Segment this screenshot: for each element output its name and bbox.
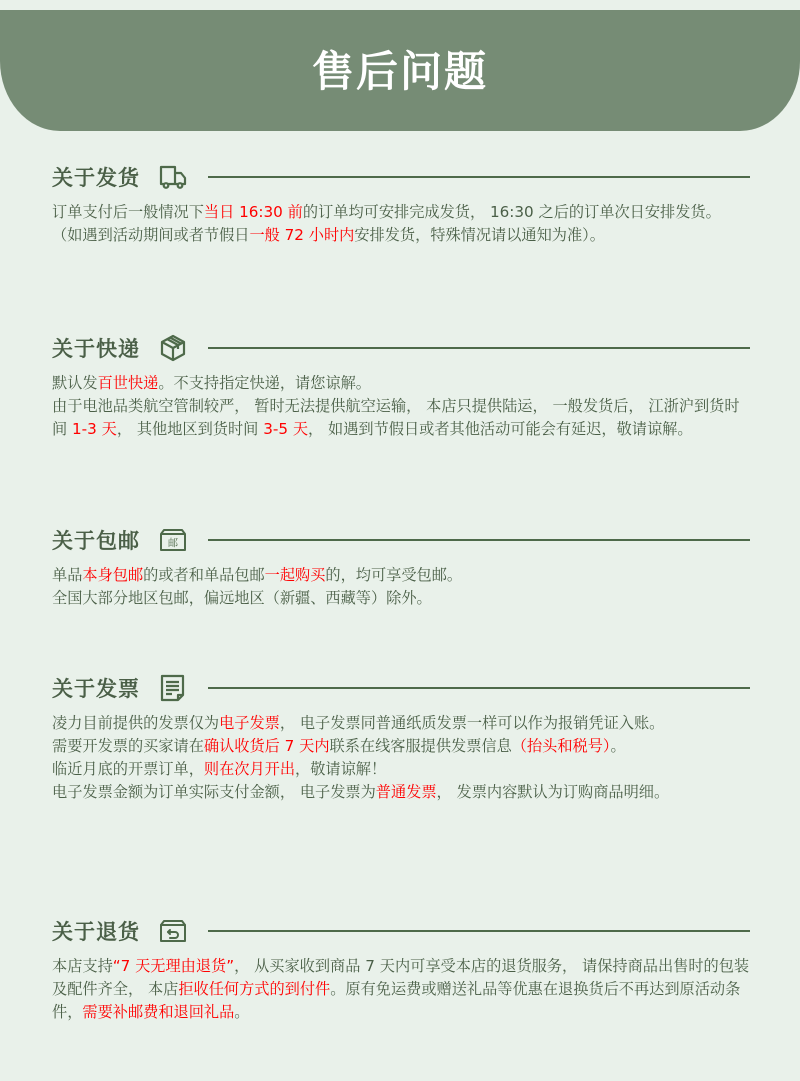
- body-text: ， 其他地区到货时间: [117, 420, 263, 438]
- section-paragraph: 由于电池品类航空管制较严， 暂时无法提供航空运输， 本店只提供陆运， 一般发货后…: [52, 395, 752, 441]
- section-header: 关于包邮 邮: [52, 520, 752, 560]
- body-text: 。不支持指定快递，请您谅解。: [158, 374, 371, 392]
- section-header: 关于发票: [52, 668, 752, 708]
- body-text: 联系在线客服提供发票信息: [330, 737, 512, 755]
- highlighted-text: 电子发票: [219, 714, 280, 732]
- section-divider: [208, 347, 750, 349]
- package-box-icon: [158, 333, 188, 363]
- section-paragraph: 单品本身包邮的或者和单品包邮一起购买的，均可享受包邮。: [52, 564, 752, 587]
- section-body: 默认发百世快递。不支持指定快递，请您谅解。由于电池品类航空管制较严， 暂时无法提…: [52, 372, 752, 441]
- highlighted-text: （抬头和税号）: [512, 737, 611, 755]
- truck-icon: [158, 162, 188, 192]
- body-text: 临近月底的开票订单，: [52, 760, 204, 778]
- section-header: 关于快递: [52, 328, 752, 368]
- body-text: 全国大部分地区包邮，偏远地区（新疆、西藏等）除外。: [52, 589, 432, 607]
- highlighted-text: 一般 72 小时内: [249, 226, 354, 244]
- section-free-shipping: 关于包邮 邮 单品本身包邮的或者和单品包邮一起购买的，均可享受包邮。全国大部分地…: [52, 520, 752, 610]
- section-divider: [208, 539, 750, 541]
- section-paragraph: 默认发百世快递。不支持指定快递，请您谅解。: [52, 372, 752, 395]
- section-invoice: 关于发票 凌力目前提供的发票仅为电子发票， 电子发票同普通纸质发票一样可以作为报…: [52, 668, 752, 804]
- section-body: 订单支付后一般情况下当日 16:30 前的订单均可安排完成发货， 16:30 之…: [52, 201, 752, 247]
- section-body: 单品本身包邮的或者和单品包邮一起购买的，均可享受包邮。全国大部分地区包邮，偏远地…: [52, 564, 752, 610]
- section-paragraph: （如遇到活动期间或者节假日一般 72 小时内安排发货，特殊情况请以通知为准）。: [52, 224, 752, 247]
- section-shipping: 关于发货 订单支付后一般情况下当日 16:30 前的订单均可安排完成发货， 16…: [52, 157, 752, 247]
- section-title: 关于包邮: [52, 525, 140, 555]
- top-strip: [0, 0, 800, 10]
- body-text: 电子发票金额为订单实际支付金额， 电子发票为: [52, 783, 376, 801]
- body-text: 。: [610, 737, 625, 755]
- body-text: 安排发货，特殊情况请以通知为准）。: [354, 226, 605, 244]
- invoice-document-icon: [158, 673, 188, 703]
- section-paragraph: 电子发票金额为订单实际支付金额， 电子发票为普通发票， 发票内容默认为订购商品明…: [52, 781, 752, 804]
- highlighted-text: 当日 16:30 前: [204, 203, 303, 221]
- highlighted-text: 本身包邮: [82, 566, 143, 584]
- section-title: 关于快递: [52, 333, 140, 363]
- free-shipping-box-icon: 邮: [158, 525, 188, 555]
- highlighted-text: 普通发票: [376, 783, 437, 801]
- body-text: 的订单均可安排完成发货， 16:30 之后的订单次日安排发货。: [303, 203, 721, 221]
- section-courier: 关于快递 默认发百世快递。不支持指定快递，请您谅解。由于电池品类航空管制较严， …: [52, 328, 752, 441]
- highlighted-text: 需要补邮费和退回礼品: [82, 1003, 234, 1021]
- section-paragraph: 全国大部分地区包邮，偏远地区（新疆、西藏等）除外。: [52, 587, 752, 610]
- highlighted-text: “7 天无理由退货”: [113, 957, 234, 975]
- body-text: ， 电子发票同普通纸质发票一样可以作为报销凭证入账。: [280, 714, 665, 732]
- section-header: 关于退货: [52, 911, 752, 951]
- highlighted-text: 确认收货后 7 天内: [204, 737, 330, 755]
- return-box-icon: [158, 916, 188, 946]
- body-text: （如遇到活动期间或者节假日: [52, 226, 249, 244]
- highlighted-text: 3-5 天: [263, 420, 308, 438]
- section-divider: [208, 930, 750, 932]
- section-returns: 关于退货 本店支持“7 天无理由退货”， 从买家收到商品 7 天内可享受本店的退…: [52, 911, 752, 1024]
- highlighted-text: 1-3 天: [72, 420, 117, 438]
- section-title: 关于发票: [52, 673, 140, 703]
- section-header: 关于发货: [52, 157, 752, 197]
- section-paragraph: 需要开发票的买家请在确认收货后 7 天内联系在线客服提供发票信息（抬头和税号）。: [52, 735, 752, 758]
- body-text: 凌力目前提供的发票仅为: [52, 714, 219, 732]
- body-text: ， 如遇到节假日或者其他活动可能会有延迟，敬请谅解。: [308, 420, 693, 438]
- section-divider: [208, 176, 750, 178]
- body-text: ，敬请谅解！: [295, 760, 386, 778]
- section-title: 关于发货: [52, 162, 140, 192]
- body-text: 需要开发票的买家请在: [52, 737, 204, 755]
- highlighted-text: 一起购买: [265, 566, 326, 584]
- body-text: ， 发票内容默认为订购商品明细。: [437, 783, 670, 801]
- body-text: 单品: [52, 566, 82, 584]
- highlighted-text: 拒收任何方式的到付件: [178, 980, 330, 998]
- page-header-banner: 售后问题: [0, 10, 800, 131]
- section-body: 本店支持“7 天无理由退货”， 从买家收到商品 7 天内可享受本店的退货服务， …: [52, 955, 752, 1024]
- section-divider: [208, 687, 750, 689]
- section-paragraph: 凌力目前提供的发票仅为电子发票， 电子发票同普通纸质发票一样可以作为报销凭证入账…: [52, 712, 752, 735]
- body-text: 订单支付后一般情况下: [52, 203, 204, 221]
- svg-text:邮: 邮: [168, 537, 178, 550]
- body-text: 。: [234, 1003, 249, 1021]
- body-text: 本店支持: [52, 957, 113, 975]
- section-paragraph: 订单支付后一般情况下当日 16:30 前的订单均可安排完成发货， 16:30 之…: [52, 201, 752, 224]
- section-body: 凌力目前提供的发票仅为电子发票， 电子发票同普通纸质发票一样可以作为报销凭证入账…: [52, 712, 752, 804]
- section-title: 关于退货: [52, 916, 140, 946]
- page-title: 售后问题: [312, 39, 488, 99]
- body-text: 的，均可享受包邮。: [325, 566, 462, 584]
- body-text: 的或者和单品包邮: [143, 566, 265, 584]
- highlighted-text: 则在次月开出: [204, 760, 295, 778]
- section-paragraph: 临近月底的开票订单，则在次月开出，敬请谅解！: [52, 758, 752, 781]
- body-text: 默认发: [52, 374, 98, 392]
- highlighted-text: 百世快递: [98, 374, 159, 392]
- section-paragraph: 本店支持“7 天无理由退货”， 从买家收到商品 7 天内可享受本店的退货服务， …: [52, 955, 752, 1024]
